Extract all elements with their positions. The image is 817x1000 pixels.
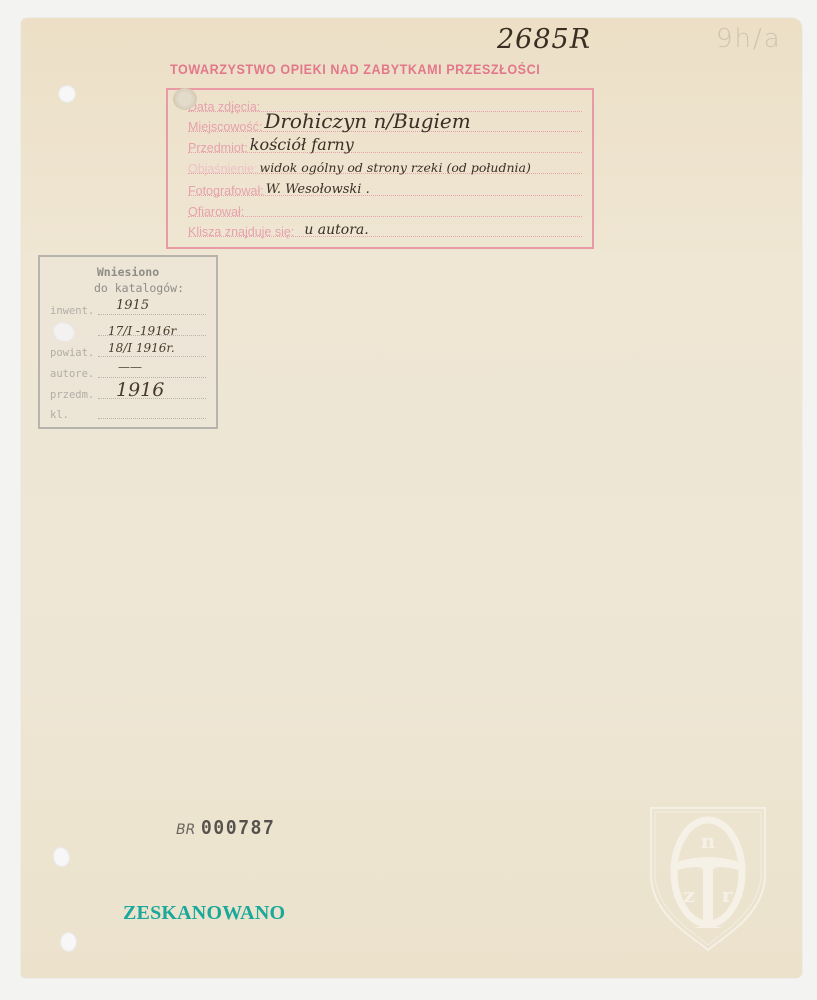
stamp-line — [98, 356, 206, 357]
stamp-line — [98, 418, 206, 419]
stamp-label: przedm. — [50, 389, 94, 401]
punch-hole-bottom — [60, 932, 77, 952]
photo-info-form: Data zdjęcia: Miejscowość: Drohiczyn n/B… — [166, 88, 594, 249]
catalog-entry-stamp: Wniesiono do katalogów: inwent. 1915 17/… — [38, 255, 218, 429]
stamp-label: autore. — [50, 368, 94, 380]
field-value-description: widok ogólny od strony rzeki (od południ… — [260, 160, 531, 175]
stamp-value: 1916 — [116, 379, 164, 401]
shield-monogram-watermark-icon: n z r — [647, 804, 769, 952]
stain-mark — [173, 88, 197, 110]
form-row-photographer: Fotografował: W. Wesołowski . — [188, 178, 582, 198]
stamp-value: 17/I -1916r — [108, 324, 176, 338]
field-value-location: Drohiczyn n/Bugiem — [264, 109, 470, 133]
stamp-row-authors: autore. —— — [50, 362, 206, 380]
stamp-row-plates: kl. — [50, 403, 206, 421]
catalog-number: 2685R — [497, 24, 591, 55]
scanned-stamp: ZESKANOWANO — [123, 902, 285, 925]
form-row-negative: Klisza znajduje się: u autora. — [188, 219, 582, 239]
field-value-negative: u autora. — [304, 222, 368, 238]
svg-text:z: z — [683, 883, 694, 907]
stamp-value: —— — [118, 360, 142, 374]
stamp-value: 18/I 1916r. — [108, 341, 175, 355]
stamp-line — [98, 377, 206, 378]
form-line — [188, 216, 582, 217]
form-line — [188, 152, 582, 153]
form-line — [188, 195, 582, 196]
pencil-note: 9h/a — [716, 24, 782, 54]
form-row-donor: Ofiarował: — [188, 199, 582, 219]
stamp-label: inwent. — [50, 305, 94, 317]
stamp-row-county: powiat. 18/I 1916r. — [50, 341, 206, 359]
stamp-value: 1915 — [116, 298, 149, 313]
stamp-title-line1: Wniesiono — [40, 265, 216, 279]
stamp-row-inventory: inwent. 1915 — [50, 299, 206, 317]
stamp-title-line2: do katalogów: — [40, 281, 216, 295]
field-value-photographer: W. Wesołowski . — [266, 182, 370, 197]
stamp-row-objects: przedm. 1916 — [50, 383, 206, 401]
stamp-label: powiat. — [50, 347, 94, 359]
field-value-subject: kościół farny — [250, 135, 354, 154]
br-prefix: BR — [176, 822, 195, 838]
stamp-row-date: 17/I -1916r — [50, 320, 206, 338]
br-archive-number: BR 000787 — [176, 818, 289, 841]
form-row-description: Objaśnienie: widok ogólny od strony rzek… — [188, 156, 582, 176]
form-line — [188, 236, 582, 237]
punch-hole-lower — [53, 847, 70, 867]
form-row-location: Miejscowość: Drohiczyn n/Bugiem — [188, 114, 582, 134]
stamp-label: kl. — [50, 409, 69, 421]
stamp-line — [98, 314, 206, 315]
society-header: TOWARZYSTWO OPIEKI NAD ZABYTKAMI PRZESZŁ… — [170, 62, 540, 77]
punch-hole-top — [58, 85, 76, 103]
form-row-subject: Przedmiot: kościół farny — [188, 135, 582, 155]
br-digits: 000787 — [201, 818, 275, 841]
svg-text:n: n — [701, 829, 716, 853]
svg-text:r: r — [722, 883, 733, 907]
